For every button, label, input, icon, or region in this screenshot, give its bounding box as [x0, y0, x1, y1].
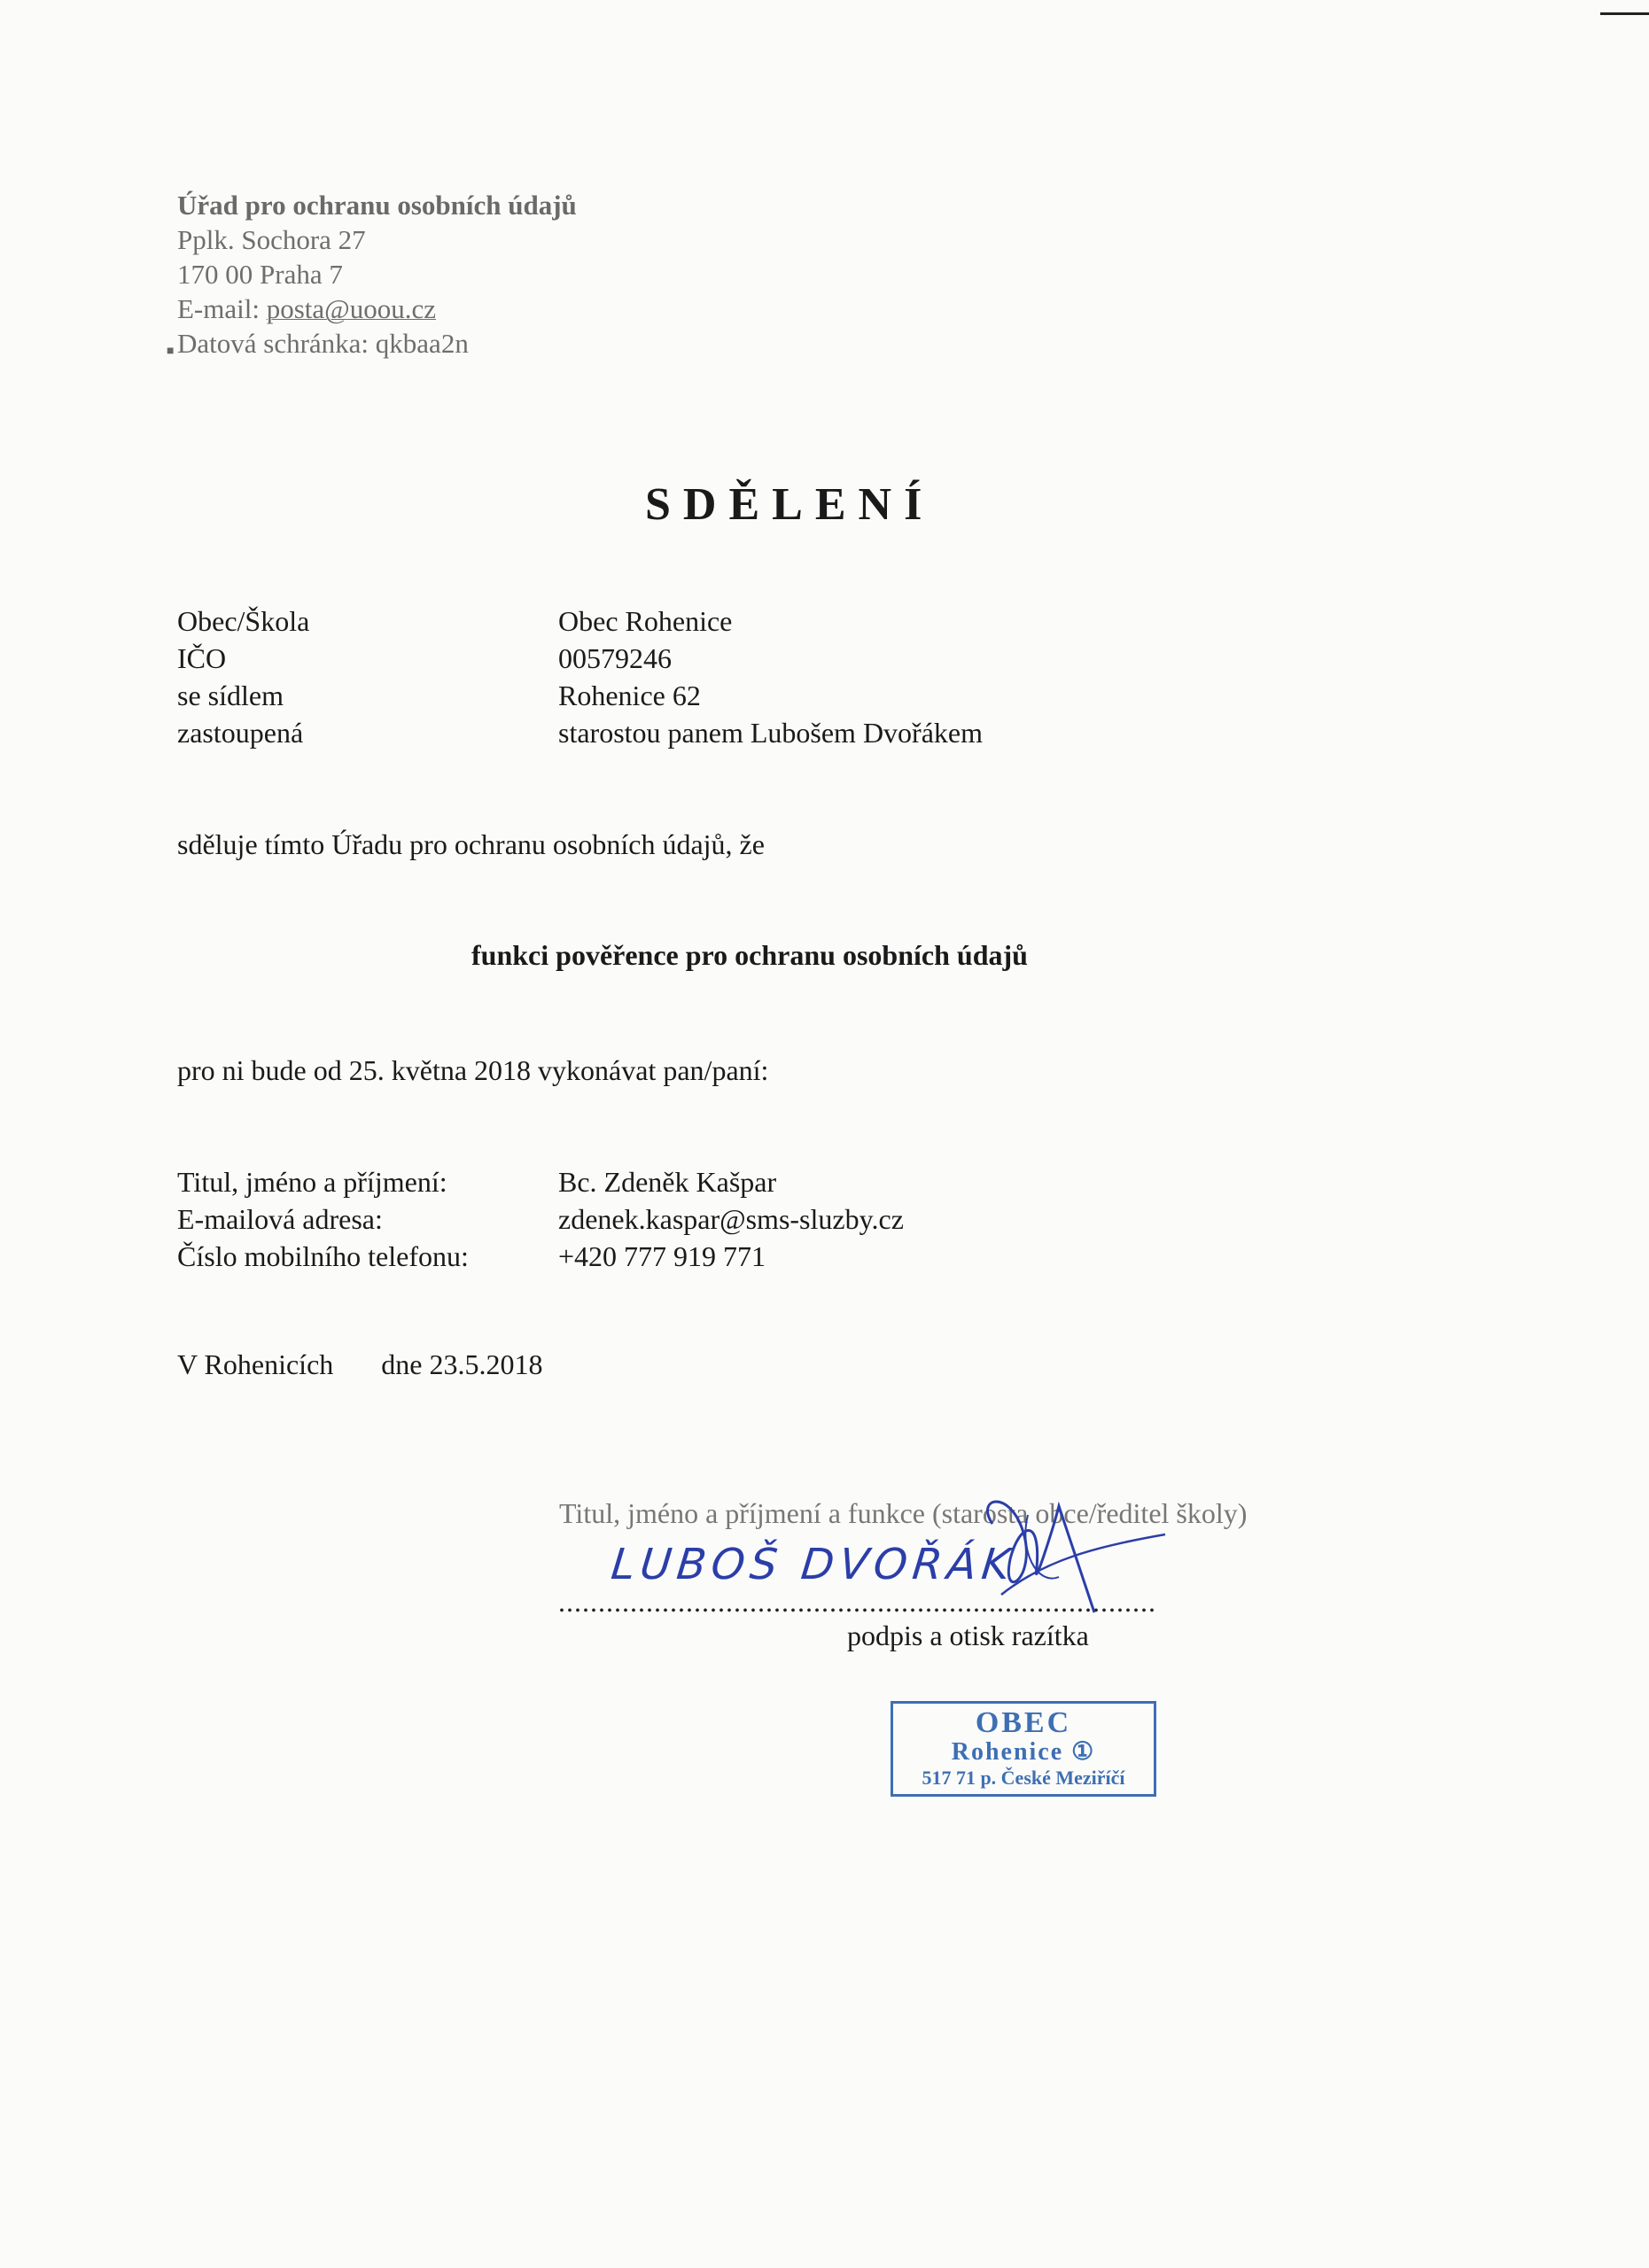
place: V Rohenicích	[177, 1348, 333, 1380]
scan-edge-mark	[1600, 12, 1649, 15]
stamp-line2: Rohenice ①	[893, 1739, 1154, 1766]
info-value: starostou panem Lubošem Dvořákem	[558, 714, 983, 751]
stamp-line1: OBEC	[893, 1707, 1154, 1739]
info-label: zastoupená	[177, 714, 558, 751]
document-title: SDĚLENÍ	[645, 478, 934, 531]
signature-scribble-icon	[975, 1471, 1178, 1630]
officer-email: zdenek.kaspar@sms-sluzby.cz	[558, 1200, 904, 1238]
officer-phone: +420 777 919 771	[558, 1238, 766, 1275]
statement-paragraph: sděluje tímto Úřadu pro ochranu osobních…	[177, 828, 765, 861]
sender-city: 170 00 Praha 7	[177, 257, 577, 291]
effective-date-paragraph: pro ni bude od 25. května 2018 vykonávat…	[177, 1054, 768, 1087]
sender-email-line: E-mail: posta@uoou.cz	[177, 291, 577, 326]
municipality-info: Obec/ŠkolaObec Rohenice IČO00579246 se s…	[177, 602, 983, 751]
info-row: se sídlemRohenice 62	[177, 677, 983, 714]
info-row: IČO00579246	[177, 640, 983, 677]
sender-organization: Úřad pro ochranu osobních údajů	[177, 188, 577, 222]
officer-value: Bc. Zdeněk Kašpar	[558, 1163, 776, 1200]
sender-databox: Datová schránka: qkbaa2n	[177, 326, 577, 361]
place-date-line: V Rohenicíchdne 23.5.2018	[177, 1348, 542, 1381]
sender-street: Pplk. Sochora 27	[177, 222, 577, 257]
info-value: Rohenice 62	[558, 677, 701, 714]
info-row: zastoupenástarostou panem Lubošem Dvořák…	[177, 714, 983, 751]
sender-email-link[interactable]: posta@uoou.cz	[267, 293, 436, 324]
sender-email-label: E-mail:	[177, 293, 267, 324]
officer-details: Titul, jméno a příjmení:Bc. Zdeněk Kašpa…	[177, 1163, 904, 1275]
info-label: Obec/Škola	[177, 602, 558, 640]
municipality-stamp: OBEC Rohenice ① 517 71 p. České Meziříčí	[891, 1701, 1156, 1797]
officer-label: E-mailová adresa:	[177, 1200, 558, 1238]
function-title: funkci pověřence pro ochranu osobních úd…	[471, 939, 1028, 972]
officer-label: Číslo mobilního telefonu:	[177, 1238, 558, 1275]
handwritten-name: LUBOŠ DVOŘÁK	[609, 1540, 1017, 1589]
officer-row: Titul, jméno a příjmení:Bc. Zdeněk Kašpa…	[177, 1163, 904, 1200]
info-label: IČO	[177, 640, 558, 677]
info-value: Obec Rohenice	[558, 602, 732, 640]
officer-row: E-mailová adresa:zdenek.kaspar@sms-sluzb…	[177, 1200, 904, 1238]
info-row: Obec/ŠkolaObec Rohenice	[177, 602, 983, 640]
sender-address-block: Úřad pro ochranu osobních údajů Pplk. So…	[177, 188, 577, 361]
stamp-line3: 517 71 p. České Meziříčí	[893, 1766, 1154, 1790]
officer-row: Číslo mobilního telefonu:+420 777 919 77…	[177, 1238, 904, 1275]
officer-label: Titul, jméno a příjmení:	[177, 1163, 558, 1200]
bullet-mark-icon: ■	[167, 334, 174, 369]
info-value: 00579246	[558, 640, 672, 677]
info-label: se sídlem	[177, 677, 558, 714]
date: dne 23.5.2018	[381, 1348, 542, 1380]
